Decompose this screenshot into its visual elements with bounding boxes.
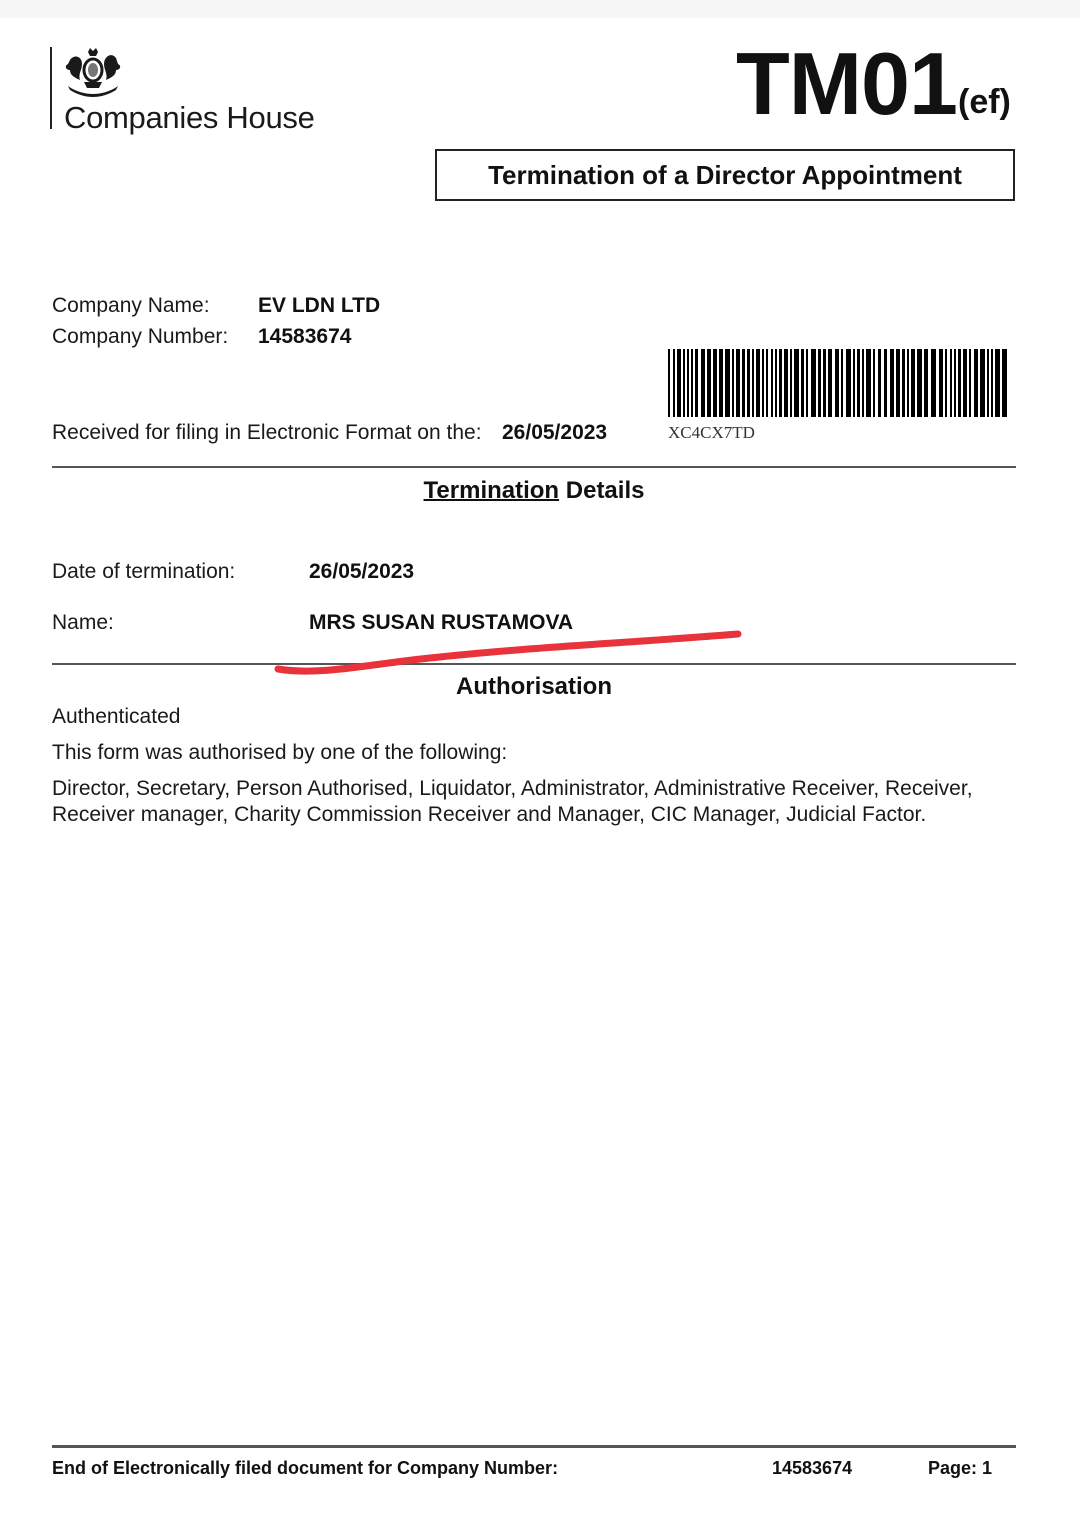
barcode-image (668, 349, 1008, 417)
company-name-label: Company Name: (52, 294, 210, 318)
authorised-roles-line-2: Receiver manager, Charity Commission Rec… (52, 802, 1022, 828)
form-code: TM01 (736, 40, 957, 128)
form-code-suffix: (ef) (958, 85, 1011, 119)
received-filing-date: 26/05/2023 (502, 421, 607, 445)
companies-house-logo-text: Companies House (64, 100, 315, 136)
form-title: Termination of a Director Appointment (488, 160, 962, 191)
logo-divider (50, 47, 52, 129)
footer-divider (52, 1445, 1016, 1448)
authorisation-heading: Authorisation (52, 673, 1016, 701)
section-divider (52, 466, 1016, 468)
termination-date-value: 26/05/2023 (309, 560, 414, 584)
director-name-label: Name: (52, 611, 114, 635)
authorisation-intro: This form was authorised by one of the f… (52, 740, 1022, 766)
footer-company-number: 14583674 (772, 1458, 852, 1479)
authorised-roles-line-1: Director, Secretary, Person Authorised, … (52, 776, 1022, 802)
form-title-box: Termination of a Director Appointment (435, 149, 1015, 201)
footer-end-text: End of Electronically filed document for… (52, 1458, 558, 1479)
red-underline-annotation (260, 620, 760, 680)
authentication-status: Authenticated (52, 704, 1022, 730)
barcode-id: XC4CX7TD (668, 423, 755, 443)
termination-details-heading: Termination Details (52, 477, 1016, 505)
company-number-label: Company Number: (52, 325, 228, 349)
viewer-top-bar (0, 0, 1080, 18)
company-name-value: EV LDN LTD (258, 294, 380, 318)
footer-page-number: Page: 1 (928, 1458, 992, 1479)
received-filing-label: Received for filing in Electronic Format… (52, 421, 482, 445)
termination-date-label: Date of termination: (52, 560, 235, 584)
royal-coat-of-arms-icon (62, 46, 124, 98)
company-number-value: 14583674 (258, 325, 351, 349)
